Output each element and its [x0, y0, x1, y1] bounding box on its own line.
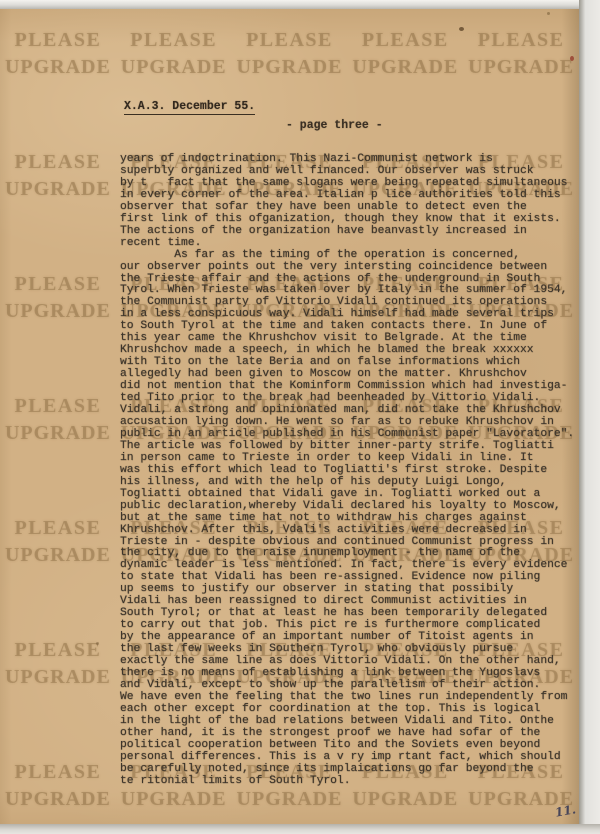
paper-speck [570, 56, 574, 61]
scanner-edge-top [0, 0, 600, 9]
paper-speck [96, 642, 99, 645]
document-body-text: years of indoctrination. This Nazi-Commu… [120, 154, 574, 788]
scanner-edge-right [579, 0, 600, 834]
document-reference-heading: X.A.3. December 55. [124, 100, 255, 113]
document-reference-text: X.A.3. December 55. [124, 100, 255, 115]
paper-speck [459, 27, 464, 31]
scanned-document-page: { "page": { "header": { "reference": "X.… [0, 0, 600, 834]
paper-speck [547, 12, 550, 15]
scanner-edge-bottom [0, 824, 600, 834]
page-number-label: - page three - [286, 119, 383, 132]
